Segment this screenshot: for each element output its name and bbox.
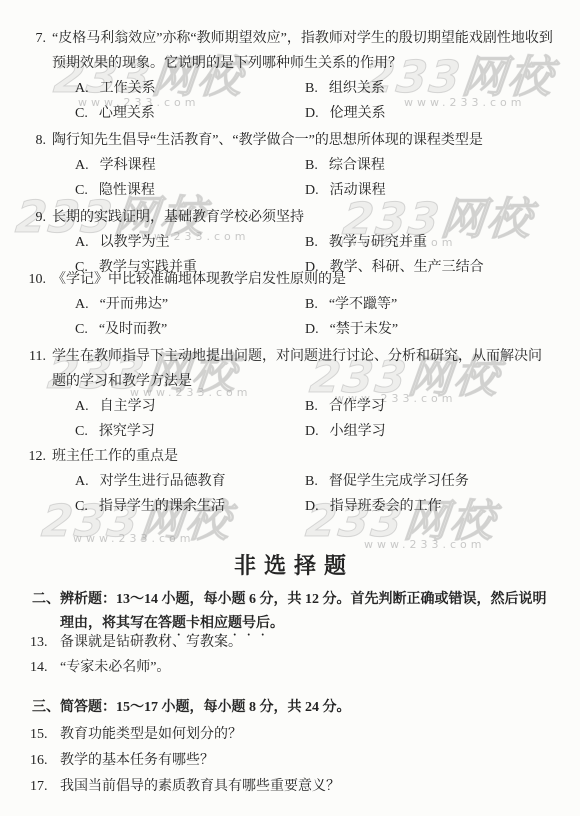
option: D.伦理关系 [305,101,554,126]
option-text: 心理关系 [99,106,155,121]
option: D.“禁于未发” [305,317,554,342]
question-14: 14.“专家未必名师”。 [30,659,570,676]
section-tail: 。 [270,616,284,631]
question-stem: 长期的实践证明，基础教育学校必须坚持 [52,205,554,230]
option-text: “学不躐等” [329,297,397,312]
option-text: “禁于未发” [330,322,398,337]
option-text: 指导班委会的工作 [330,499,442,514]
question-text: 备课就是钻研教材、写教案。 [60,635,242,650]
question-text: 教育功能类型是如何划分的？ [60,727,242,742]
question-number: 14. [30,659,56,676]
option-text: 综合课程 [329,158,385,173]
option: C.指导学生的课余生活 [75,494,305,519]
options-grid: A.工作关系 B.组织关系 C.心理关系 D.伦理关系 [75,76,554,126]
option: A.对学生进行品德教育 [75,469,305,494]
option-text: “开而弗达” [100,297,168,312]
option-text: 隐性课程 [99,183,155,198]
option-label: D. [305,494,319,519]
question-stem: “皮格马利翁效应”亦称“教师期望效应”，指教师对学生的殷切期望能戏剧性地收到预期… [52,26,554,76]
option-label: C. [75,317,88,342]
option-label: B. [305,230,318,255]
options-grid: A.学科课程 B.综合课程 C.隐性课程 D.活动课程 [75,153,554,203]
question-number: 10. [0,267,46,292]
option-text: 对学生进行品德教育 [100,474,226,489]
question-stem: 陶行知先生倡导“生活教育”、“教学做合一”的思想所体现的课程类型是 [52,128,554,153]
option-label: C. [75,101,88,126]
question-stem: 班主任工作的重点是 [52,444,554,469]
option: D.指导班委会的工作 [305,494,554,519]
option: C.“及时而教” [75,317,305,342]
option: B.合作学习 [305,394,554,419]
question-number: 11. [0,344,46,369]
option-label: C. [75,494,88,519]
question-text: “专家未必名师”。 [60,660,170,675]
question-8: 8. 陶行知先生倡导“生活教育”、“教学做合一”的思想所体现的课程类型是 A.学… [0,128,580,203]
option: C.心理关系 [75,101,305,126]
question-7: 7. “皮格马利翁效应”亦称“教师期望效应”，指教师对学生的殷切期望能戏剧性地收… [0,26,580,126]
option-text: 指导学生的课余生活 [99,499,225,514]
option-label: B. [305,153,318,178]
text-layer: 7. “皮格马利翁效应”亦称“教师期望效应”，指教师对学生的殷切期望能戏剧性地收… [0,0,580,816]
option: B.“学不躐等” [305,292,554,317]
option: A.“开而弗达” [75,292,305,317]
section-emphasized-text: 写在答题卡相应题号后 [130,616,270,631]
options-grid: A.对学生进行品德教育 B.督促学生完成学习任务 C.指导学生的课余生活 D.指… [75,469,554,519]
question-number: 9. [0,205,46,230]
question-12: 12. 班主任工作的重点是 A.对学生进行品德教育 B.督促学生完成学习任务 C… [0,444,580,519]
option: A.以教学为主 [75,230,305,255]
option: D.活动课程 [305,178,554,203]
option: B.督促学生完成学习任务 [305,469,554,494]
option-text: 小组学习 [330,424,386,439]
option-text: 合作学习 [329,399,385,414]
question-15: 15.教育功能类型是如何划分的？ [30,726,570,743]
option-label: C. [75,419,88,444]
question-17: 17.我国当前倡导的素质教育具有哪些重要意义？ [30,778,570,795]
question-number: 17. [30,778,56,795]
option-label: D. [305,178,319,203]
option-text: 工作关系 [100,81,156,96]
option-label: A. [75,469,89,494]
section-3-instructions: 三、简答题：15～17 小题，每小题 8 分，共 24 分。 [32,696,548,720]
option-label: B. [305,469,318,494]
option-text: 教学与研究并重 [329,235,427,250]
option-label: D. [305,317,319,342]
question-text: 教学的基本任务有哪些？ [60,753,214,768]
option-label: C. [75,178,88,203]
option-text: 学科课程 [100,158,156,173]
question-16: 16.教学的基本任务有哪些？ [30,752,570,769]
option: A.工作关系 [75,76,305,101]
option: A.学科课程 [75,153,305,178]
option: B.组织关系 [305,76,554,101]
option-label: D. [305,419,319,444]
question-number: 13. [30,634,56,651]
option-text: 探究学习 [99,424,155,439]
question-13: 13.备课就是钻研教材、写教案。 [30,634,570,651]
options-grid: A.“开而弗达” B.“学不躐等” C.“及时而教” D.“禁于未发” [75,292,554,342]
section-marker: 三、 [32,700,60,715]
option: C.探究学习 [75,419,305,444]
option-label: B. [305,394,318,419]
option-text: “及时而教” [99,322,167,337]
option: C.隐性课程 [75,178,305,203]
question-number: 7. [0,26,46,51]
question-number: 8. [0,128,46,153]
question-number: 16. [30,752,56,769]
option-text: 以教学为主 [100,235,170,250]
question-11: 11. 学生在教师指导下主动地提出问题，对问题进行讨论、分析和研究，从而解决问题… [0,344,580,444]
option: A.自主学习 [75,394,305,419]
option-text: 自主学习 [100,399,156,414]
option-label: B. [305,292,318,317]
option: D.小组学习 [305,419,554,444]
exam-paper-page: 233网校 www.233.com 233网校 www.233.com 233网… [0,0,580,816]
option-label: A. [75,153,89,178]
section-marker: 二、 [32,592,60,607]
question-number: 15. [30,726,56,743]
question-text: 我国当前倡导的素质教育具有哪些重要意义？ [60,779,340,794]
option-text: 伦理关系 [330,106,386,121]
option-text: 督促学生完成学习任务 [329,474,469,489]
option-label: A. [75,292,89,317]
option-text: 组织关系 [329,81,385,96]
section-heading: 非选择题 [0,549,580,580]
option-label: D. [305,101,319,126]
question-stem: 学生在教师指导下主动地提出问题，对问题进行讨论、分析和研究，从而解决问题的学习和… [52,344,554,394]
option-label: B. [305,76,318,101]
option: B.综合课程 [305,153,554,178]
option-label: A. [75,76,89,101]
question-number: 12. [0,444,46,469]
question-stem: 《学记》中比较准确地体现教学启发性原则的是 [52,267,554,292]
option-text: 活动课程 [330,183,386,198]
options-grid: A.自主学习 B.合作学习 C.探究学习 D.小组学习 [75,394,554,444]
section-lead: 简答题：15～17 小题，每小题 8 分，共 24 分。 [60,700,351,715]
option-label: A. [75,230,89,255]
question-10: 10. 《学记》中比较准确地体现教学启发性原则的是 A.“开而弗达” B.“学不… [0,267,580,342]
section-2-instructions: 二、辨析题：13～14 小题，每小题 6 分，共 12 分。首先判断正确或错误，… [32,588,548,639]
option-label: A. [75,394,89,419]
option: B.教学与研究并重 [305,230,554,255]
